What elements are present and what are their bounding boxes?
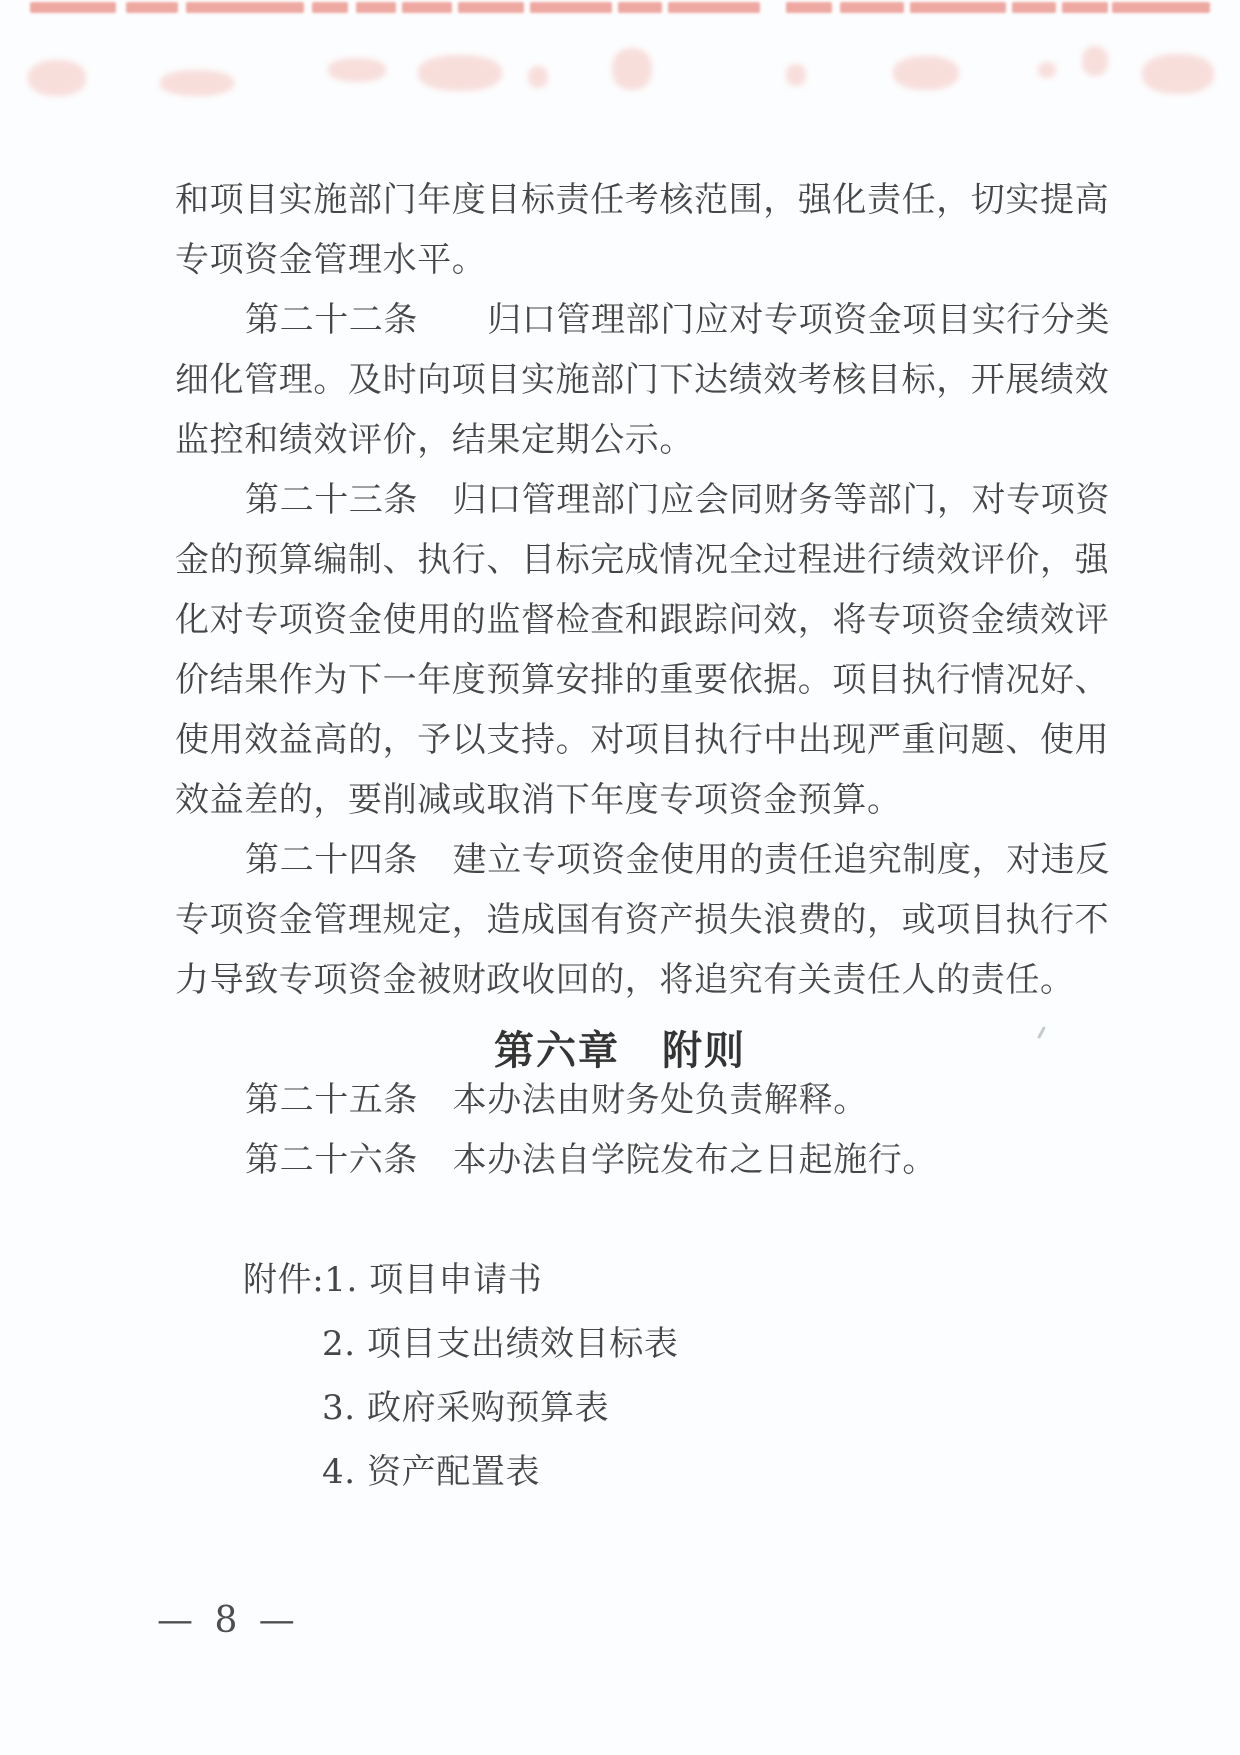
scan-artifact-red-blob	[1038, 62, 1056, 78]
article-22-line: 第二十二条 归口管理部门应对专项资金项目实行分类	[245, 303, 1110, 339]
body-line: 价结果作为下一年度预算安排的重要依据。项目执行情况好、	[175, 663, 1109, 699]
scan-artifact-red-segment	[1062, 2, 1108, 13]
document-page: 和项目实施部门年度目标责任考核范围，强化责任，切实提高 专项资金管理水平。 第二…	[0, 0, 1240, 1755]
chapter-heading: 第六章 附则	[0, 1019, 1240, 1076]
scan-artifact-red-segment	[30, 2, 116, 13]
page-number: — 8 —	[157, 1600, 300, 1641]
body-line: 和项目实施部门年度目标责任考核范围，强化责任，切实提高	[175, 183, 1109, 219]
scan-artifact-red-blob	[893, 56, 959, 90]
scan-artifact-red-segment	[458, 2, 524, 13]
scan-artifact-red-blob	[1142, 54, 1214, 94]
scan-artifact-red-blob	[28, 60, 86, 96]
body-line: 细化管理。及时向项目实施部门下达绩效考核目标，开展绩效	[175, 363, 1109, 399]
article-23-line: 第二十三条 归口管理部门应会同财务等部门，对专项资	[245, 483, 1110, 519]
scan-artifact-red-blob	[786, 64, 806, 86]
body-line: 监控和绩效评价，结果定期公示。	[175, 423, 694, 459]
body-line: 化对专项资金使用的监督检查和跟踪问效，将专项资金绩效评	[175, 603, 1109, 639]
scan-artifact-red-segment	[840, 2, 904, 13]
scan-artifact-red-segment	[786, 2, 832, 13]
article-25-line: 第二十五条 本办法由财务处负责解释。	[245, 1083, 868, 1119]
scan-artifact-red-segment	[668, 2, 760, 13]
attachments-intro-line: 附件:1. 项目申请书	[243, 1263, 542, 1299]
scan-artifact-red-segment	[312, 2, 348, 13]
attachment-item: 2. 项目支出绩效目标表	[322, 1327, 678, 1363]
scan-artifact-red-blob	[612, 48, 652, 90]
scan-artifact-red-blob	[1082, 46, 1108, 76]
scan-artifact-red-segment	[530, 2, 612, 13]
scan-artifact-red-segment	[186, 2, 304, 13]
attachment-item: 3. 政府采购预算表	[322, 1391, 609, 1427]
scan-artifact-red-segment	[356, 2, 396, 13]
scan-artifact-red-segment	[910, 2, 1006, 13]
scan-artifact-red-blob	[528, 66, 548, 88]
scan-artifact-red-segment	[618, 2, 662, 13]
scan-artifact-red-segment	[1012, 2, 1056, 13]
body-line: 金的预算编制、执行、目标完成情况全过程进行绩效评价，强	[175, 543, 1109, 579]
body-line: 专项资金管理规定，造成国有资产损失浪费的，或项目执行不	[175, 903, 1109, 939]
article-26-line: 第二十六条 本办法自学院发布之日起施行。	[245, 1143, 937, 1179]
body-line: 专项资金管理水平。	[175, 243, 486, 279]
scan-artifact-red-segment	[402, 2, 452, 13]
body-line: 力导致专项资金被财政收回的，将追究有关责任人的责任。	[175, 963, 1075, 999]
scan-artifact-red-segment	[126, 2, 178, 13]
article-24-line: 第二十四条 建立专项资金使用的责任追究制度，对违反	[245, 843, 1110, 879]
scan-artifact-red-segment	[1112, 2, 1210, 13]
scan-artifact-red-blob	[328, 58, 386, 82]
body-line: 使用效益高的，予以支持。对项目执行中出现严重问题、使用	[175, 723, 1109, 759]
scan-artifact-red-blob	[160, 70, 234, 96]
attachment-item: 4. 资产配置表	[322, 1455, 540, 1491]
body-line: 效益差的，要削减或取消下年度专项资金预算。	[175, 783, 902, 819]
scan-artifact-red-blob	[418, 55, 502, 91]
